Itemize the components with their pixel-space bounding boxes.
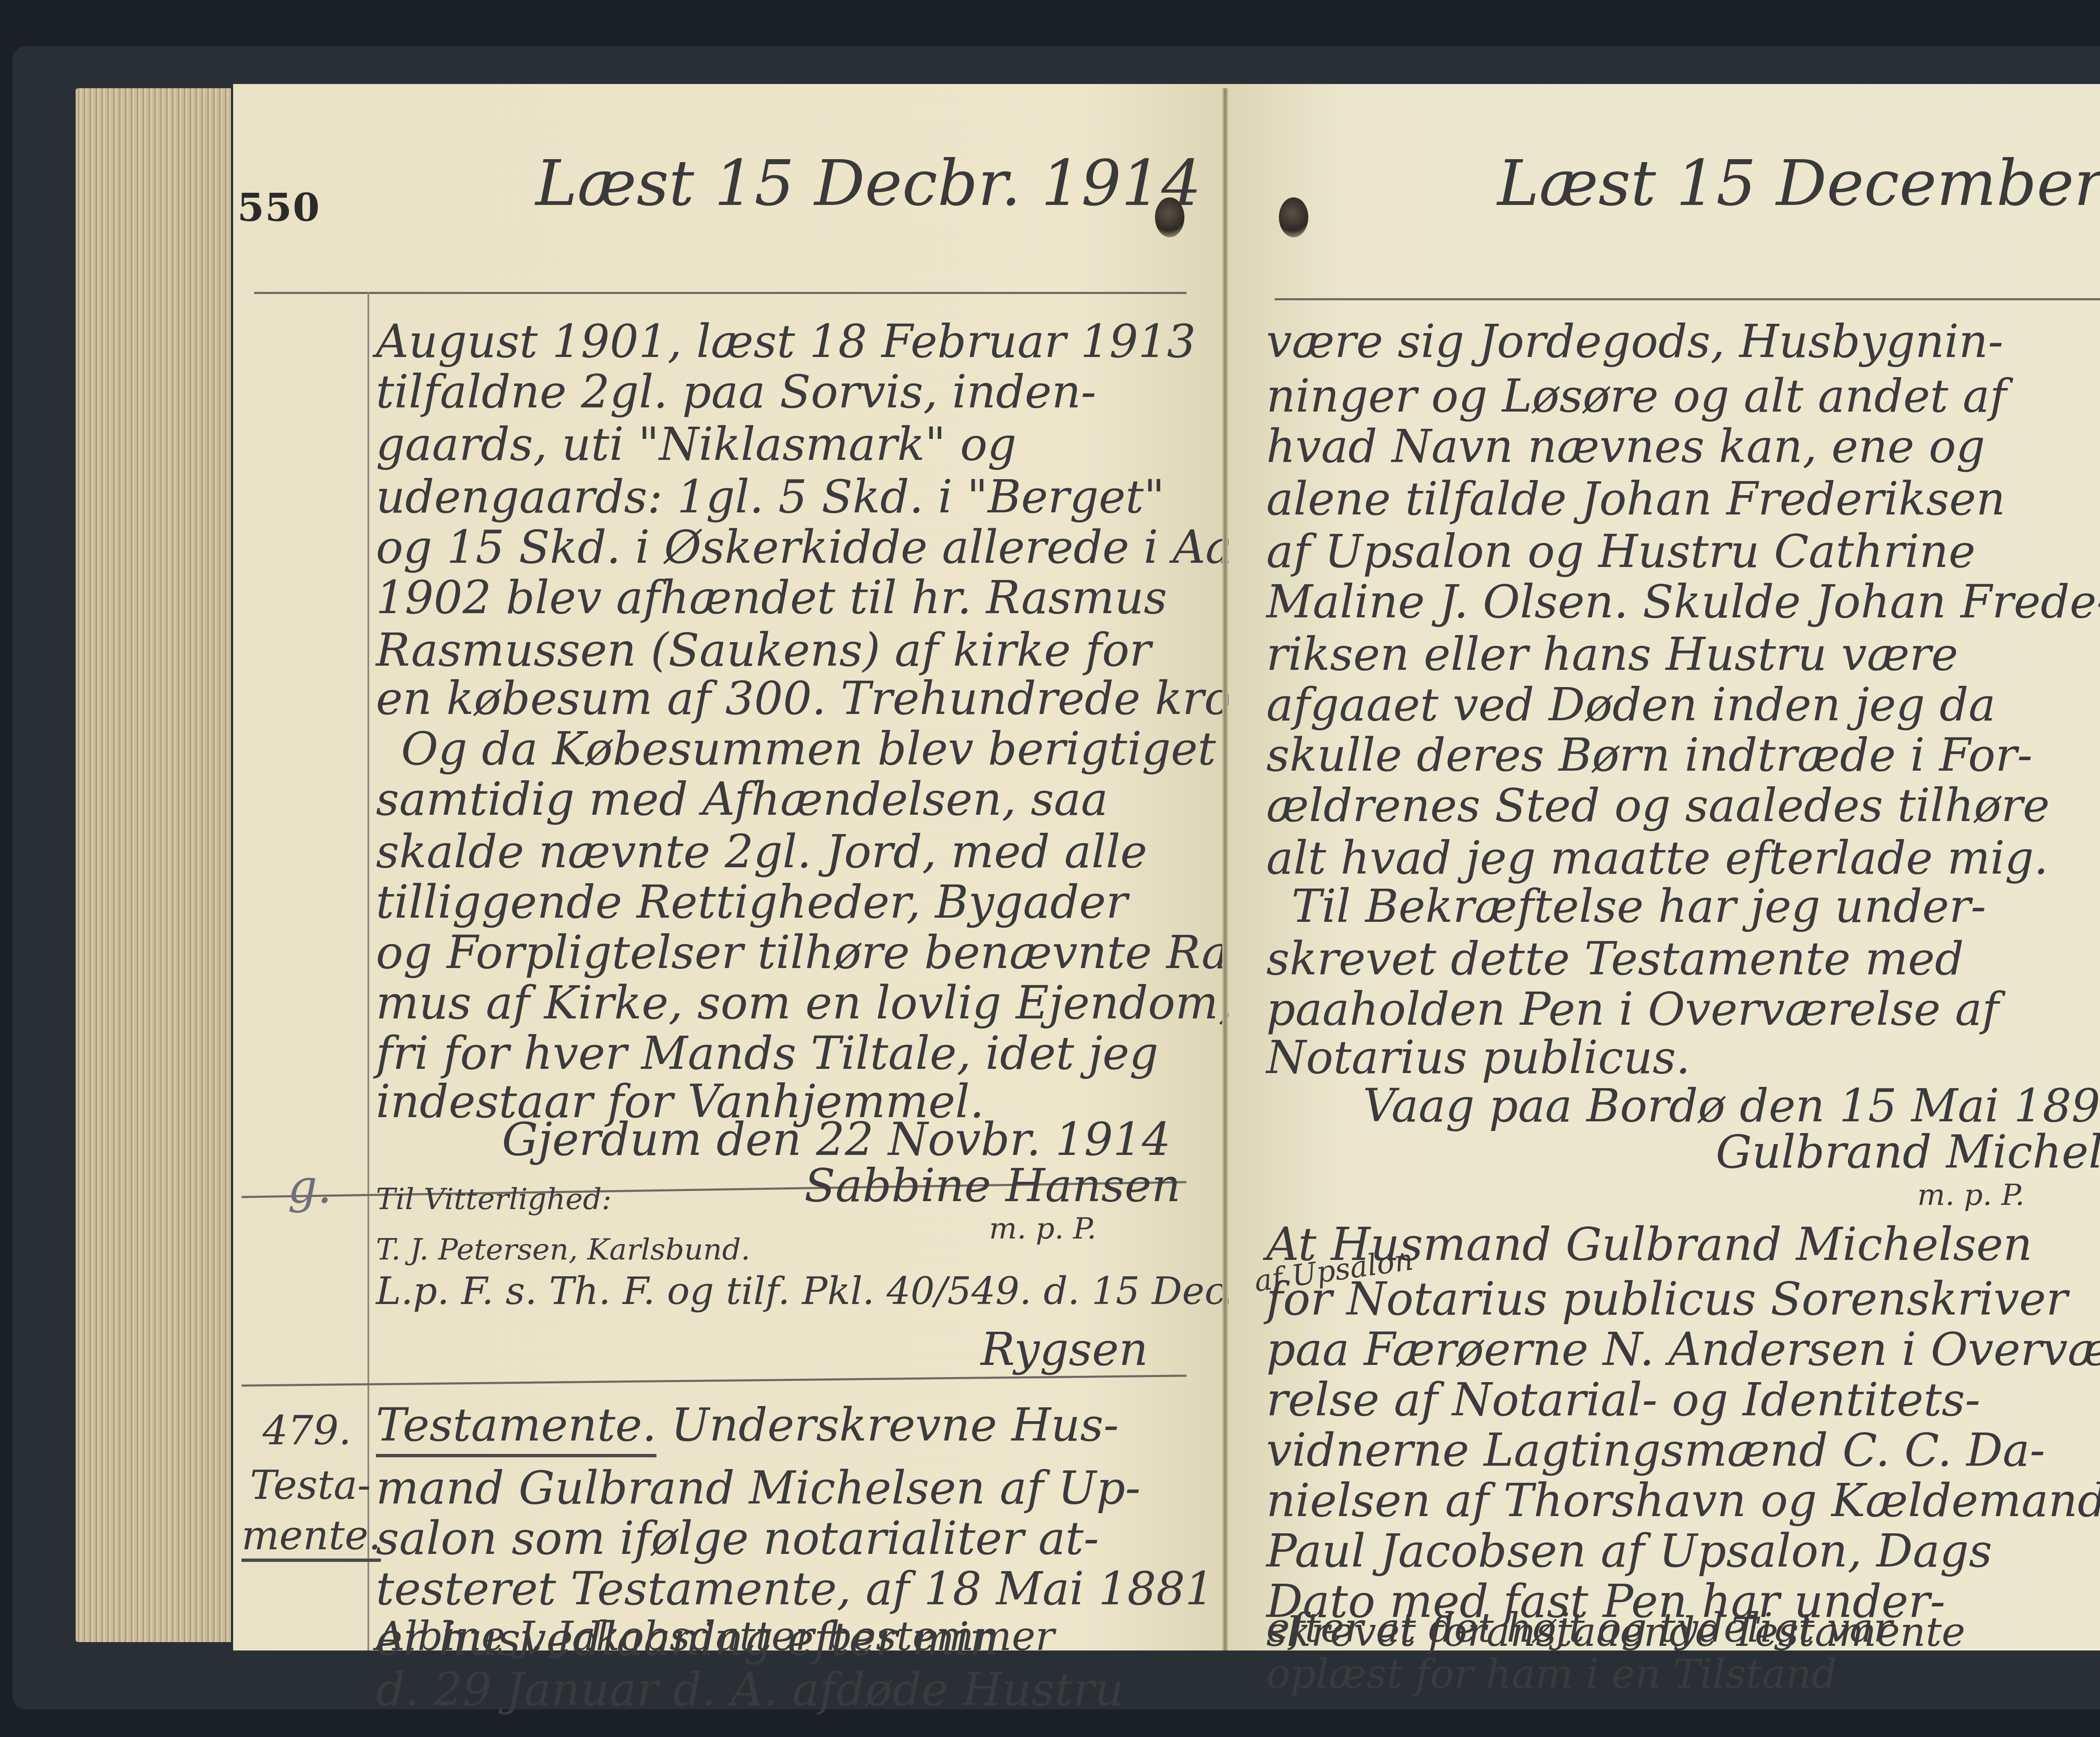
margin-pencil-mark: g. bbox=[288, 1163, 332, 1210]
text-line: ninger og Løsøre og alt andet af bbox=[1266, 374, 2006, 419]
text-line: og 15 Skd. i Øskerkidde allerede i Aaret bbox=[376, 525, 1299, 570]
text-line: afgaaet ved Døden inden jeg da bbox=[1266, 682, 1995, 728]
text-line: 1902 blev afhændet til hr. Rasmus bbox=[376, 575, 1167, 621]
text-line: Notarius publicus. bbox=[1266, 1035, 1690, 1081]
text-line: Albine J. Jakobsdatter bestemmer bbox=[376, 1617, 1055, 1657]
attest-line: Paul Jacobsen af Upsalon, Dags bbox=[1266, 1529, 1992, 1574]
signature-note: m. p. P. bbox=[1917, 1180, 2024, 1210]
text-line: skrevet dette Testamente med bbox=[1266, 937, 1964, 982]
entry-title-line: Testamente. Underskrevne Hus- bbox=[376, 1403, 1119, 1448]
place-date: Gjerdum den 22 Novbr. 1914 bbox=[502, 1117, 1171, 1162]
text-line: tilliggende Rettigheder, Bygader bbox=[376, 880, 1128, 925]
attest-line: for Notarius publicus Sorenskriver bbox=[1266, 1277, 2068, 1322]
text-line: tilfaldne 2gl. paa Sorvis, inden- bbox=[376, 370, 1096, 415]
text-line: riksen eller hans Hustru være bbox=[1266, 632, 1958, 677]
text-line: ældrenes Sted og saaledes tilhøre bbox=[1266, 783, 2050, 829]
attest-line: efter at det højt og tydeligt var bbox=[1266, 1608, 1893, 1648]
signature: Sabbine Hansen bbox=[804, 1163, 1181, 1209]
book-gutter bbox=[1222, 88, 1228, 1650]
text-line: og Forpligtelser tilhøre benævnte Ras- bbox=[376, 930, 1267, 976]
text-line: alt hvad jeg maatte efterlade mig. bbox=[1266, 836, 2048, 881]
left-page-edges bbox=[76, 88, 231, 1642]
right-page: Læst 15 December 1914. 551 være sig Jord… bbox=[1228, 84, 2100, 1650]
text-line: fri for hver Mands Tiltale, idet jeg bbox=[376, 1031, 1158, 1076]
text-line: være sig Jordegods, Husbygnin- bbox=[1266, 319, 2003, 365]
margin-rule bbox=[367, 292, 369, 1650]
text-line: skulle deres Børn indtræde i For- bbox=[1266, 733, 2032, 778]
attest-line: At Husmand Gulbrand Michelsen bbox=[1266, 1222, 2032, 1267]
text-line: mand Gulbrand Michelsen af Up- bbox=[376, 1466, 1141, 1511]
entry-text: Underskrevne Hus- bbox=[671, 1399, 1119, 1451]
text-line: mus af Kirke, som en lovlig Ejendom, bbox=[376, 981, 1233, 1026]
signature-note: m. p. P. bbox=[989, 1214, 1096, 1243]
left-page: 550 Læst 15 Decbr. 1914 August 1901, læs… bbox=[233, 84, 1228, 1650]
text-line: samtidig med Afhændelsen, saa bbox=[376, 777, 1108, 822]
text-line: d. 29 Januar d. A. afdøde Hustru bbox=[376, 1667, 1124, 1713]
page-number-right: 551 bbox=[2098, 185, 2100, 230]
text-line: hvad Navn nævnes kan, ene og bbox=[1266, 424, 1985, 470]
text-line: udengaards: 1gl. 5 Skd. i "Berget" bbox=[376, 475, 1165, 520]
entry-type-label: Testa- bbox=[250, 1466, 371, 1506]
attest-line: nielsen af Thorshavn og Kældemand bbox=[1266, 1478, 2100, 1524]
binding-hole-right bbox=[1279, 197, 1308, 237]
text-line: Maline J. Olsen. Skulde Johan Frede- bbox=[1266, 580, 2100, 625]
header-rule bbox=[254, 292, 1186, 294]
binding-hole-left bbox=[1155, 197, 1184, 237]
page-header-left: Læst 15 Decbr. 1914 bbox=[535, 147, 1201, 220]
attest-line: paa Færøerne N. Andersen i Overvæ- bbox=[1266, 1327, 2100, 1372]
entry-title: Testamente. bbox=[376, 1399, 656, 1457]
witness-name: T. J. Petersen, Karlsbund. bbox=[376, 1235, 750, 1264]
text-line: Rasmussen (Saukens) af kirke for bbox=[376, 628, 1151, 673]
text-line: testeret Testamente, af 18 Mai 1881 bbox=[376, 1566, 1214, 1612]
attest-line: vidnerne Lagtingsmænd C. C. Da- bbox=[1266, 1428, 2045, 1473]
registrar-signature: Rygsen bbox=[981, 1327, 1148, 1372]
text-line: af Upsalon og Hustru Cathrine bbox=[1266, 529, 1975, 575]
place-date: Vaag paa Bordø den 15 Mai 1893 bbox=[1363, 1084, 2100, 1129]
witness-label: Til Vitterlighed: bbox=[376, 1184, 612, 1214]
page-number-left: 550 bbox=[237, 185, 320, 230]
entry-number: 479. bbox=[262, 1411, 352, 1451]
text-line: paaholden Pen i Overværelse af bbox=[1266, 987, 1999, 1032]
text-line: en købesum af 300. Trehundrede kroner. bbox=[376, 676, 1318, 722]
text-line: August 1901, læst 18 Februar 1913 bbox=[376, 319, 1196, 365]
attest-line: oplæst for ham i en Tilstand bbox=[1266, 1655, 1837, 1695]
attest-line: relse af Notarial- og Identitets- bbox=[1266, 1378, 1980, 1423]
text-line: Og da Købesummen blev berigtiget bbox=[401, 727, 1216, 772]
entry-type-label-2: mente. bbox=[241, 1516, 381, 1562]
text-line: gaards, uti "Niklasmark" og bbox=[376, 422, 1016, 467]
header-rule bbox=[1275, 298, 2100, 300]
text-line: salon som ifølge notarialiter at- bbox=[376, 1516, 1099, 1561]
text-line: alene tilfalde Johan Frederiksen bbox=[1266, 477, 2005, 522]
text-line: Til Bekræftelse har jeg under- bbox=[1291, 884, 1986, 929]
text-line: skalde nævnte 2gl. Jord, med alle bbox=[376, 829, 1147, 875]
page-header-right: Læst 15 December 1914. bbox=[1497, 147, 2100, 220]
entry-separator-2 bbox=[241, 1375, 1186, 1387]
signature: Gulbrand Michelsen bbox=[1716, 1130, 2100, 1175]
